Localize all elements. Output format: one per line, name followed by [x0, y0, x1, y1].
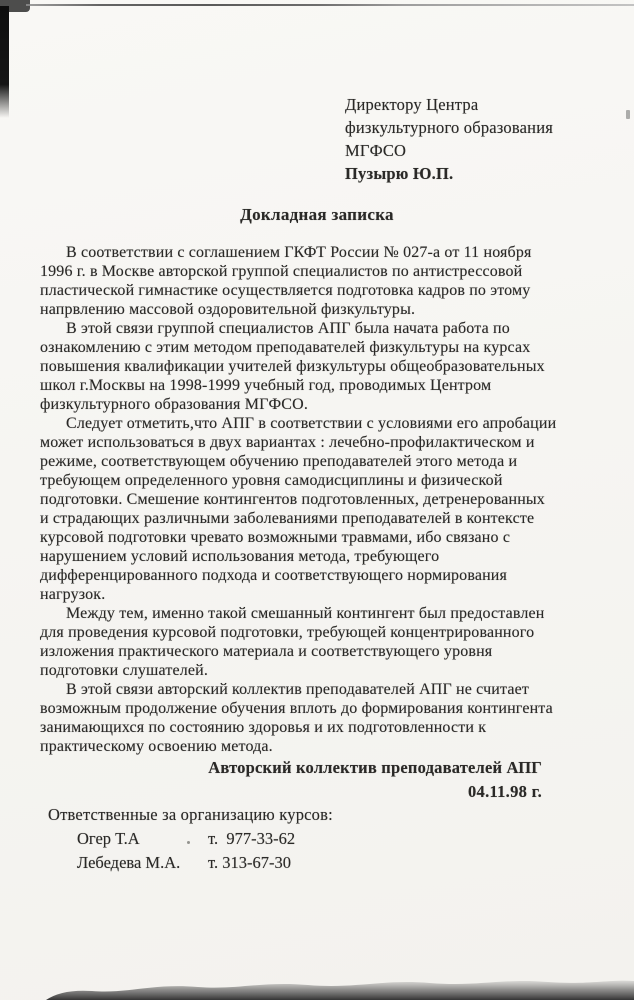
contact-name: Лебедева М.А. [77, 853, 180, 873]
scanned-document-page: Директору Центра физкультурного образова… [0, 0, 634, 1000]
contact-phone: т. 313-67-30 [208, 853, 291, 873]
scan-speck [626, 110, 630, 119]
paragraph: Следует отметить,что АПГ в соответствии … [40, 414, 605, 604]
contacts-heading: Ответственные за организацию курсов: [48, 805, 333, 825]
contact-name: Огер Т.А [77, 829, 140, 849]
document-body: В соответствии с соглашением ГКФТ России… [40, 243, 605, 756]
scan-top-edge-line [26, 4, 634, 6]
scan-bottom-shadow-band [0, 970, 634, 1000]
paragraph: Между тем, именно такой смешанный контин… [40, 604, 605, 680]
recipient-line: физкультурного образования [345, 116, 615, 139]
recipient-addressee: Пузырю Ю.П. [345, 162, 615, 185]
recipient-block: Директору Центра физкультурного образова… [345, 93, 615, 185]
signature-date: 04.11.98 г. [468, 782, 542, 802]
paragraph: В этой связи авторский коллектив препода… [40, 680, 605, 756]
recipient-line: Директору Центра [345, 93, 615, 116]
contact-phone: т. 977-33-62 [208, 829, 295, 849]
paragraph: В соответствии с соглашением ГКФТ России… [40, 243, 605, 319]
scan-left-edge-strip [0, 6, 9, 118]
scan-dot-artifact [187, 841, 190, 844]
paragraph: В этой связи группой специалистов АПГ бы… [40, 319, 605, 414]
recipient-line: МГФСО [345, 139, 615, 162]
document-title: Докладная записка [0, 205, 634, 225]
signature-team: Авторский коллектив преподавателей АПГ [208, 758, 542, 778]
